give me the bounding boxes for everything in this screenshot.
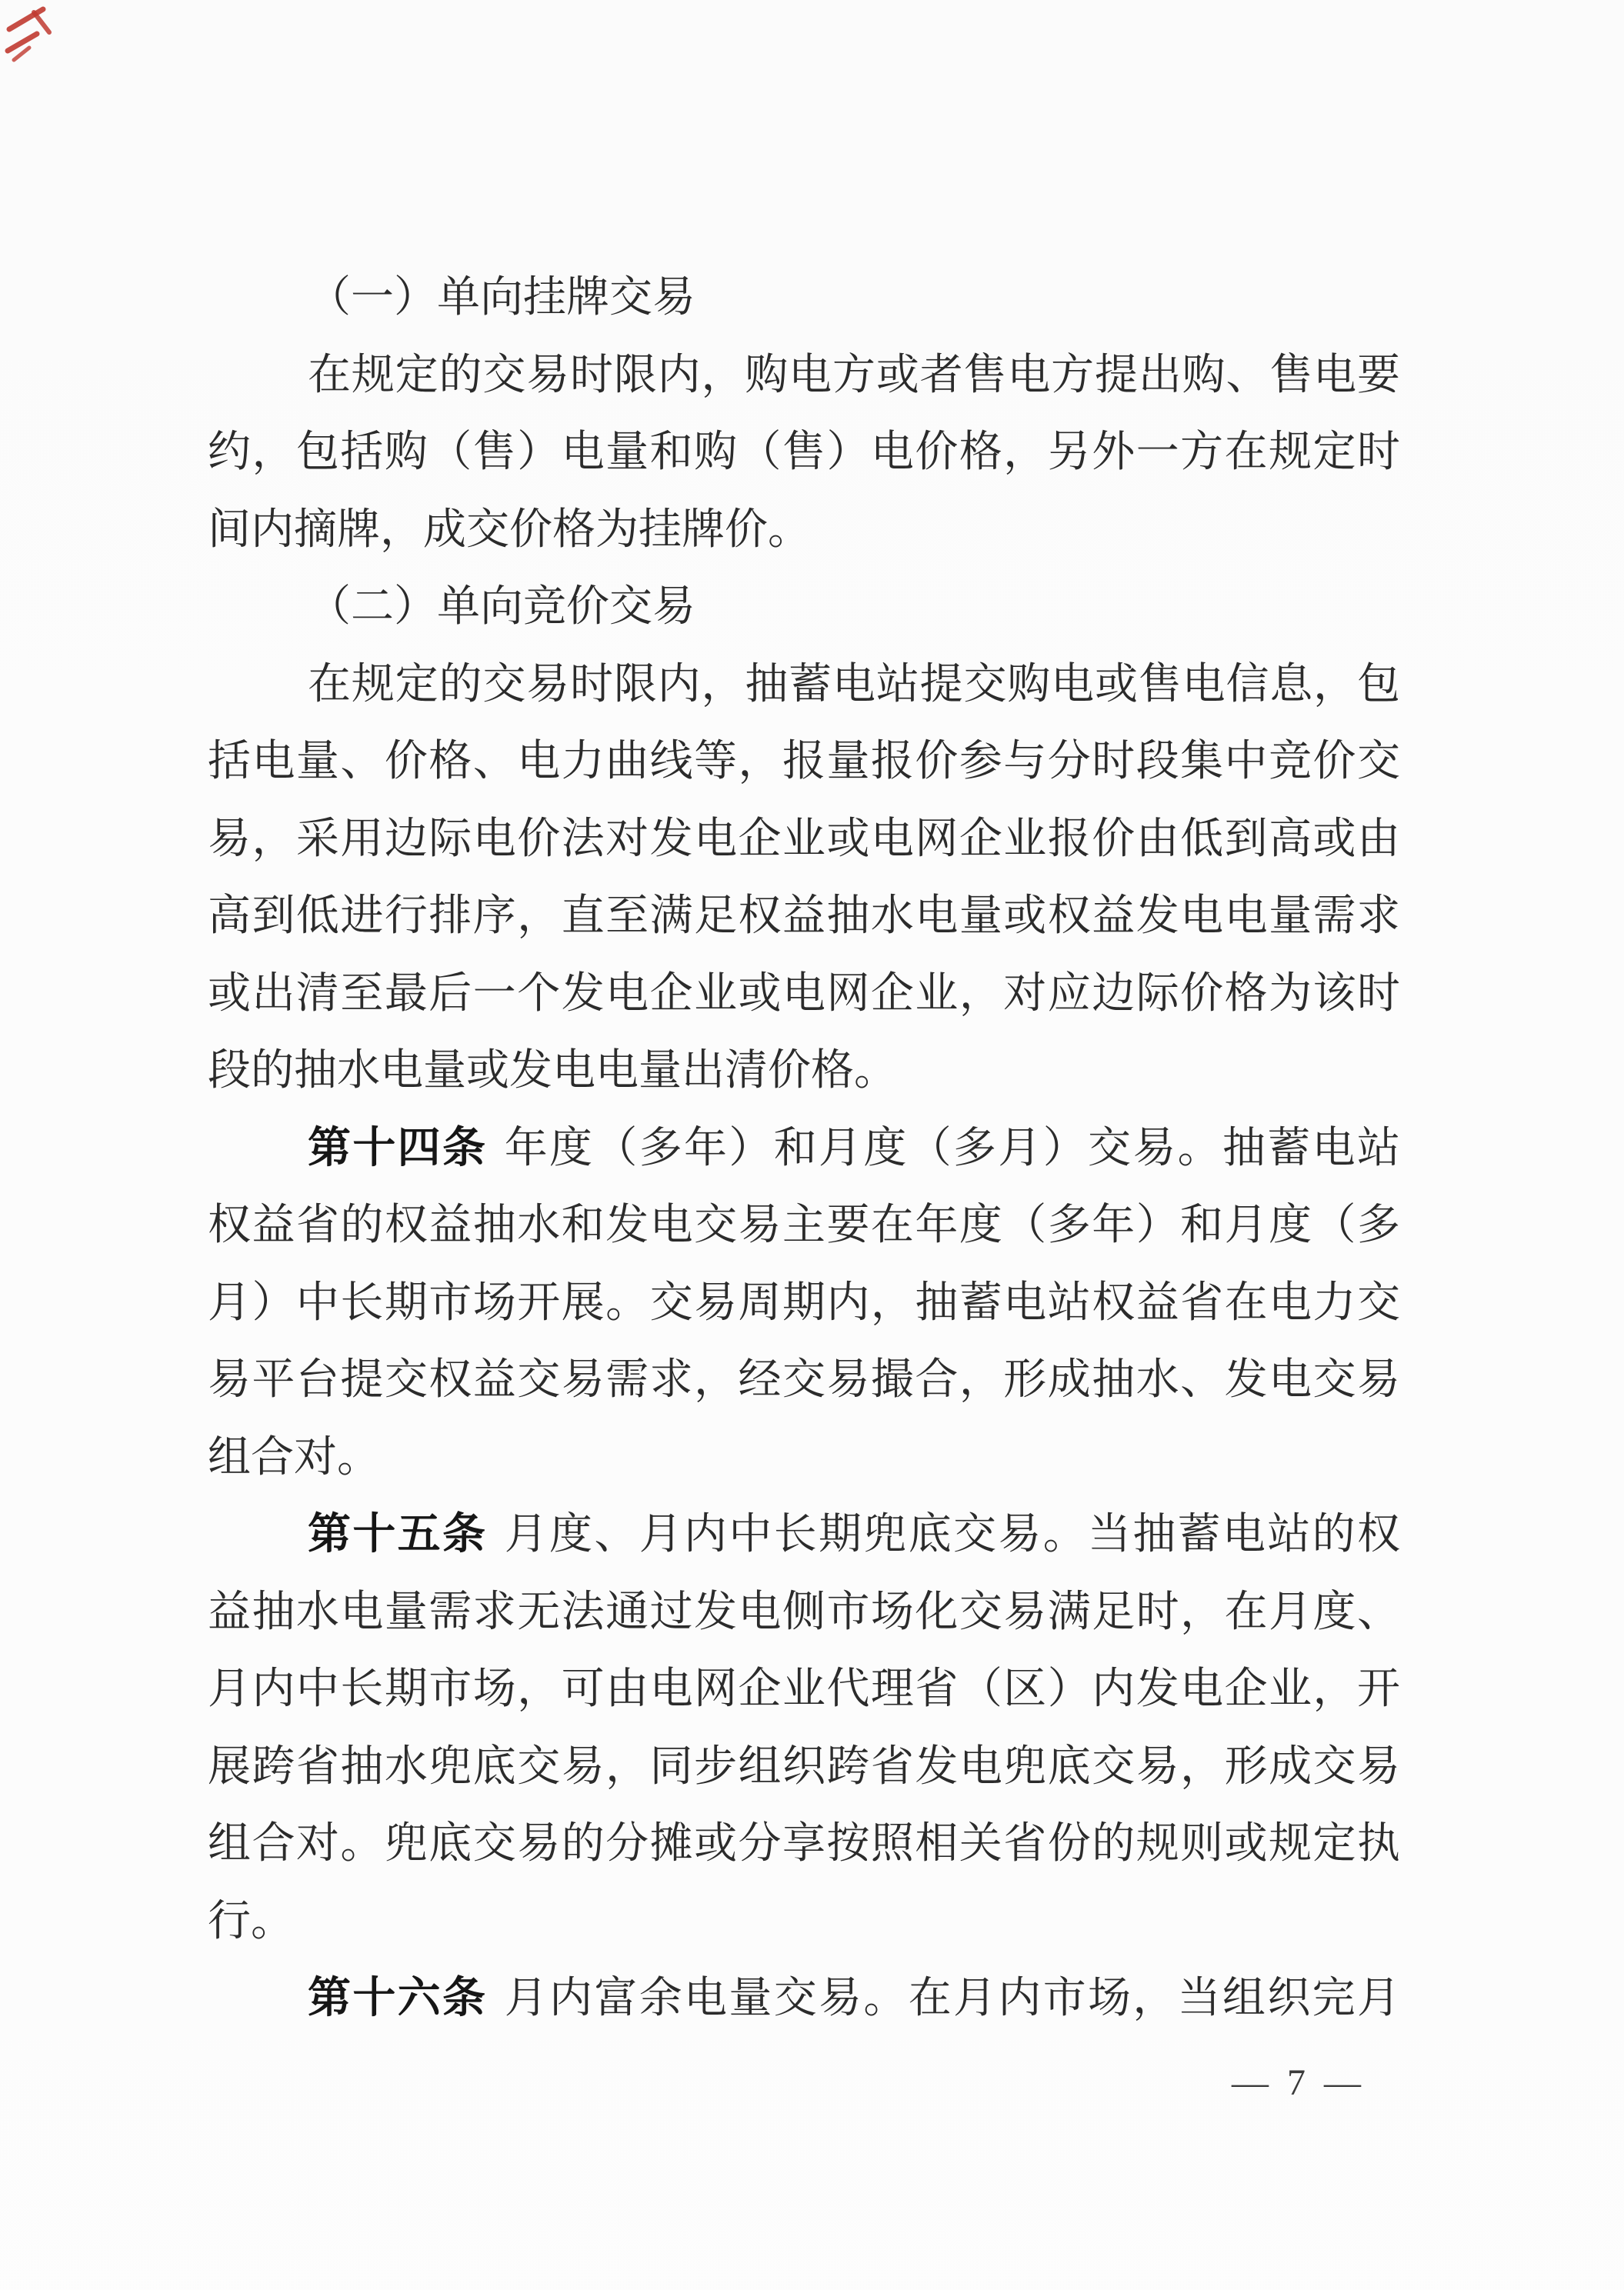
document-body: （一）单向挂牌交易在规定的交易时限内，购电方或者售电方提出购、售电要约，包括购（… bbox=[208, 259, 1400, 2038]
text-line: 第十四条年度（多年）和月度（多月）交易。抽蓄电站 bbox=[208, 1110, 1400, 1188]
red-pen-mark bbox=[3, 3, 76, 68]
text-line: 组合对。 bbox=[208, 1419, 1400, 1497]
text-line: 高到低进行排序，直至满足权益抽水电量或权益发电电量需求 bbox=[208, 878, 1400, 955]
text-line: 在规定的交易时限内，抽蓄电站提交购电或售电信息，包 bbox=[208, 646, 1400, 724]
text-line: （二）单向竞价交易 bbox=[208, 568, 1400, 646]
article-text: 月度、月内中长期兜底交易。当抽蓄电站的权 bbox=[505, 1511, 1400, 1558]
text-line: （一）单向挂牌交易 bbox=[208, 259, 1400, 337]
text-line: 易，采用边际电价法对发电企业或电网企业报价由低到高或由 bbox=[208, 801, 1400, 878]
article-text: 年度（多年）和月度（多月）交易。抽蓄电站 bbox=[505, 1125, 1400, 1172]
text-line: 月）中长期市场开展。交易周期内，抽蓄电站权益省在电力交 bbox=[208, 1265, 1400, 1342]
article-number-bold: 第十六条 bbox=[308, 1975, 487, 2022]
text-line: 段的抽水电量或发电电量出清价格。 bbox=[208, 1032, 1400, 1110]
text-line: 易平台提交权益交易需求，经交易撮合，形成抽水、发电交易 bbox=[208, 1342, 1400, 1419]
article-number-bold: 第十四条 bbox=[308, 1125, 487, 1172]
page-number: — 7 — bbox=[1232, 2062, 1366, 2104]
text-line: 益抽水电量需求无法通过发电侧市场化交易满足时，在月度、 bbox=[208, 1574, 1400, 1652]
article-number-bold: 第十五条 bbox=[308, 1511, 487, 1558]
article-text: 月内富余电量交易。在月内市场，当组织完月 bbox=[505, 1975, 1400, 2022]
text-line: 组合对。兜底交易的分摊或分享按照相关省份的规则或规定执 bbox=[208, 1805, 1400, 1883]
text-line: 展跨省抽水兜底交易，同步组织跨省发电兜底交易，形成交易 bbox=[208, 1728, 1400, 1806]
text-line: 在规定的交易时限内，购电方或者售电方提出购、售电要 bbox=[208, 337, 1400, 415]
text-line: 行。 bbox=[208, 1883, 1400, 1961]
text-line: 权益省的权益抽水和发电交易主要在年度（多年）和月度（多 bbox=[208, 1187, 1400, 1265]
text-line: 括电量、价格、电力曲线等，报量报价参与分时段集中竞价交 bbox=[208, 723, 1400, 801]
text-line: 第十五条月度、月内中长期兜底交易。当抽蓄电站的权 bbox=[208, 1496, 1400, 1574]
text-line: 间内摘牌，成交价格为挂牌价。 bbox=[208, 492, 1400, 569]
text-line: 月内中长期市场，可由电网企业代理省（区）内发电企业，开 bbox=[208, 1651, 1400, 1728]
document-page: （一）单向挂牌交易在规定的交易时限内，购电方或者售电方提出购、售电要约，包括购（… bbox=[0, 0, 1624, 2290]
text-line: 或出清至最后一个发电企业或电网企业，对应边际价格为该时 bbox=[208, 955, 1400, 1033]
text-line: 第十六条月内富余电量交易。在月内市场，当组织完月 bbox=[208, 1960, 1400, 2038]
text-line: 约，包括购（售）电量和购（售）电价格，另外一方在规定时 bbox=[208, 414, 1400, 492]
